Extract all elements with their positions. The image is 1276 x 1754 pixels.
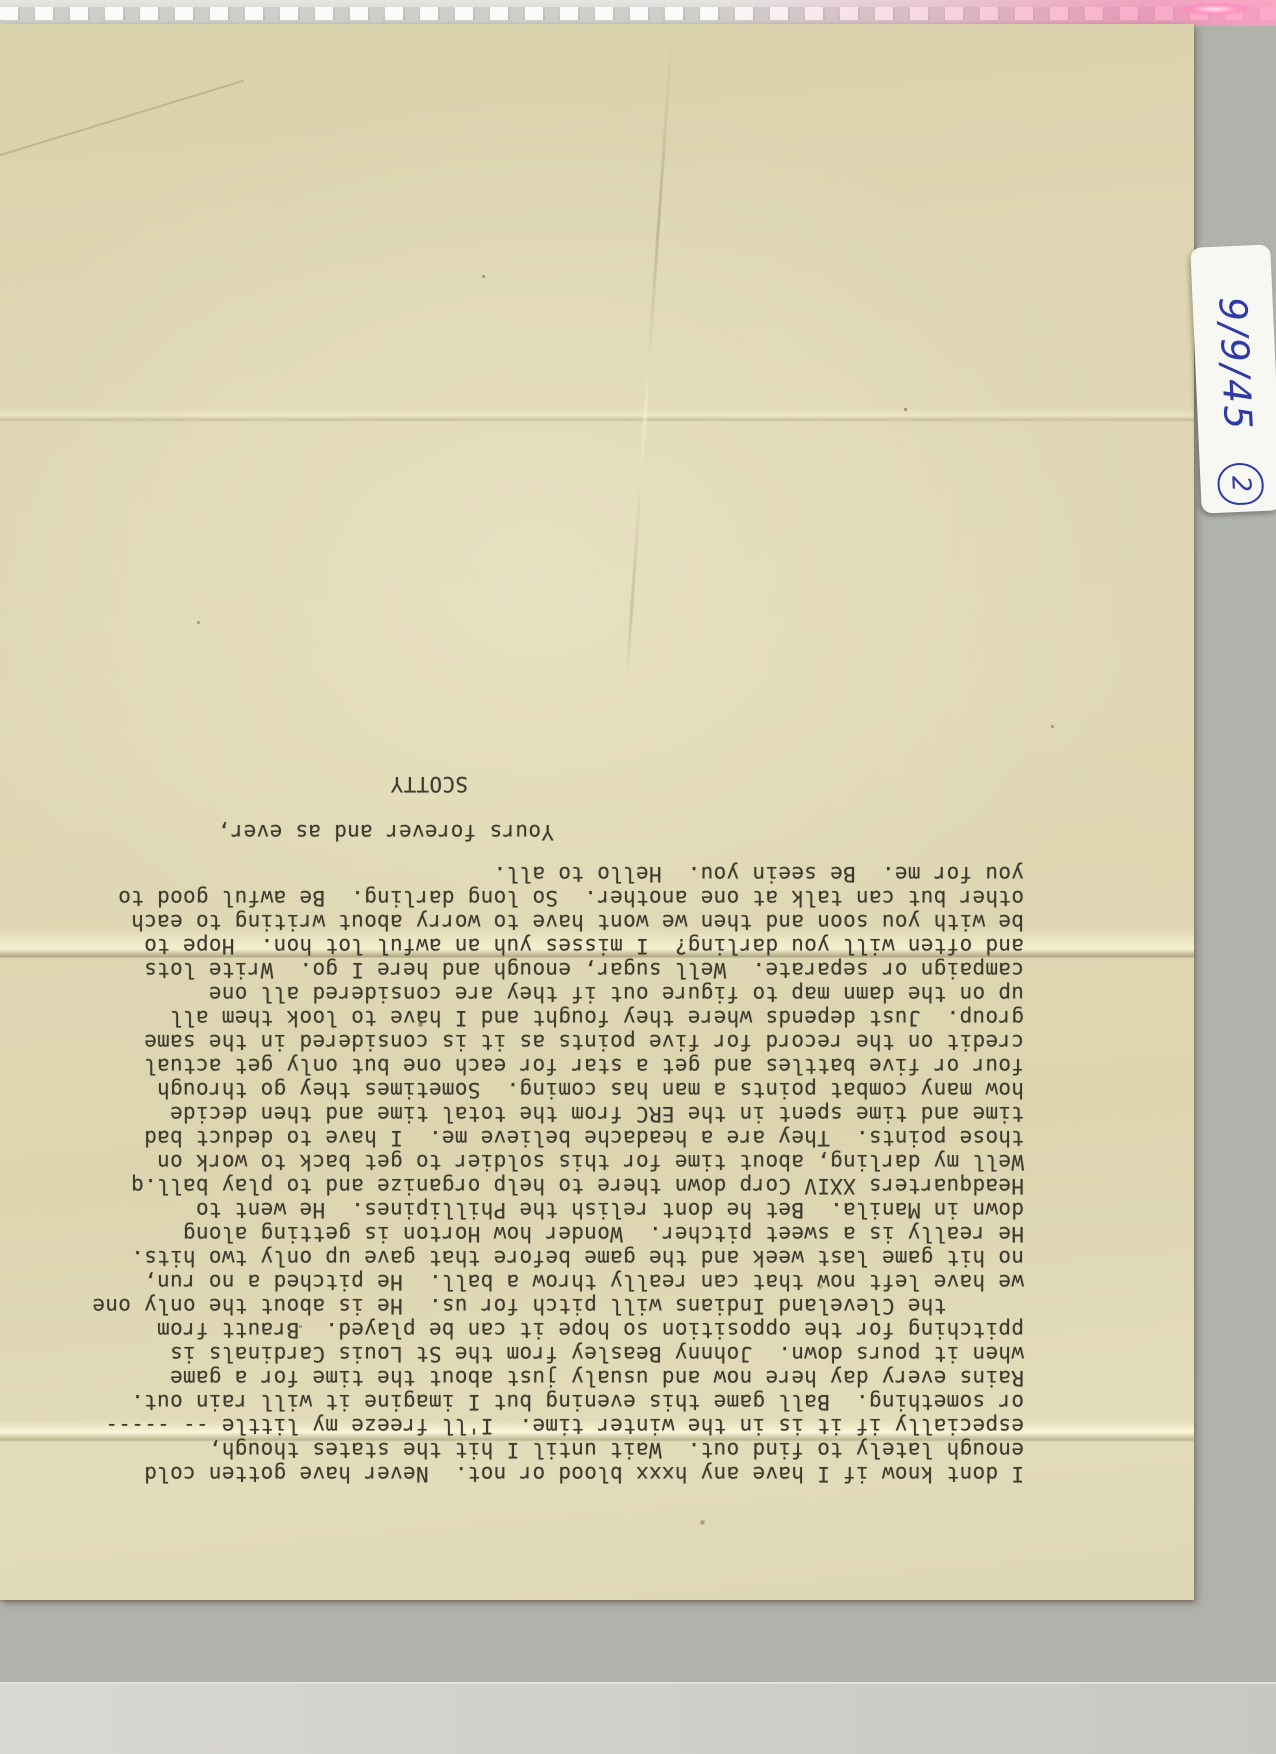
letter-line: those points. They are a headache believ… <box>88 1126 1024 1150</box>
letter-line: I dont know if I have any hxxx blood or … <box>88 1462 1024 1486</box>
letter-line: and often will you darling? I misses yuh… <box>88 934 1024 958</box>
letter-line: up on the damn map to figure out if they… <box>88 982 1024 1006</box>
letter-line: when it pours down. Johnny Beasley from … <box>88 1342 1024 1366</box>
fold-crease <box>626 35 674 674</box>
letter-line: group. Just depends where they fought an… <box>88 1006 1024 1030</box>
letter-line: how many combat points a man has coming.… <box>88 1078 1024 1102</box>
letter-line: be with you soon and then we wont have t… <box>88 910 1024 934</box>
circled-page-number: 2 <box>1217 462 1265 506</box>
letter-signature: SCOTTY <box>88 772 468 796</box>
letter-line: ppitching for the opposition so hope it … <box>88 1318 1024 1342</box>
pink-mark <box>1160 0 1270 20</box>
archive-label: 9/9/45 2 <box>1190 244 1276 513</box>
letter-paper: I dont know if I have any hxxx blood or … <box>0 24 1194 1600</box>
scanner-background-band <box>0 1682 1276 1754</box>
letter-line: four or five battles and get a star for … <box>88 1054 1024 1078</box>
letter-line: Rains every day here now and usualy just… <box>88 1366 1024 1390</box>
spacer <box>88 796 1024 820</box>
letter-text-block: I dont know if I have any hxxx blood or … <box>88 652 1024 1492</box>
letter-body: I dont know if I have any hxxx blood or … <box>88 862 1024 1492</box>
letter-line: enough lately to find out. Wait until I … <box>88 1438 1024 1462</box>
fold-crease <box>0 80 244 161</box>
letter-line: especially if it is in the winter time. … <box>88 1414 1024 1438</box>
letter-line: no hit game last week and the game befor… <box>88 1246 1024 1270</box>
pink-tint <box>0 0 1276 26</box>
letter-line: or something. Ball game this evening but… <box>88 1390 1024 1414</box>
paper-specks <box>0 24 1 25</box>
letter-line: campaign or separate. Well sugar, enough… <box>88 958 1024 982</box>
letter-line: we have left now that can really throw a… <box>88 1270 1024 1294</box>
letter-line: you for me. Be seein you. Hello to all. <box>88 862 1024 886</box>
fold-crease <box>0 408 1194 422</box>
scanned-letter-page: { "colors": { "paper": "#ded6b2", "scann… <box>0 0 1276 1754</box>
letter-closing: Yours forever and as ever, <box>88 820 554 844</box>
letter-line: down in Manila. Bet he dont relish the P… <box>88 1198 1024 1222</box>
binder-perforation-strip <box>0 0 1276 26</box>
handwritten-date: 9/9/45 <box>1210 296 1260 432</box>
letter-line: time and time spent in the ERC from the … <box>88 1102 1024 1126</box>
letter-line: Well my darling, about time for this sol… <box>88 1150 1024 1174</box>
letter-line: other but can talk at one another. So lo… <box>88 886 1024 910</box>
letter-line: He really is a sweet pitcher. Wonder how… <box>88 1222 1024 1246</box>
letter-line: credit on the record for five points as … <box>88 1030 1024 1054</box>
letter-line: Headquarters XXIV Corp down there to hel… <box>88 1174 1024 1198</box>
spacer <box>88 844 1024 862</box>
letter-line: the Cleveland Indians will pitch for us.… <box>88 1294 1024 1318</box>
page-number: 2 <box>1225 475 1256 493</box>
